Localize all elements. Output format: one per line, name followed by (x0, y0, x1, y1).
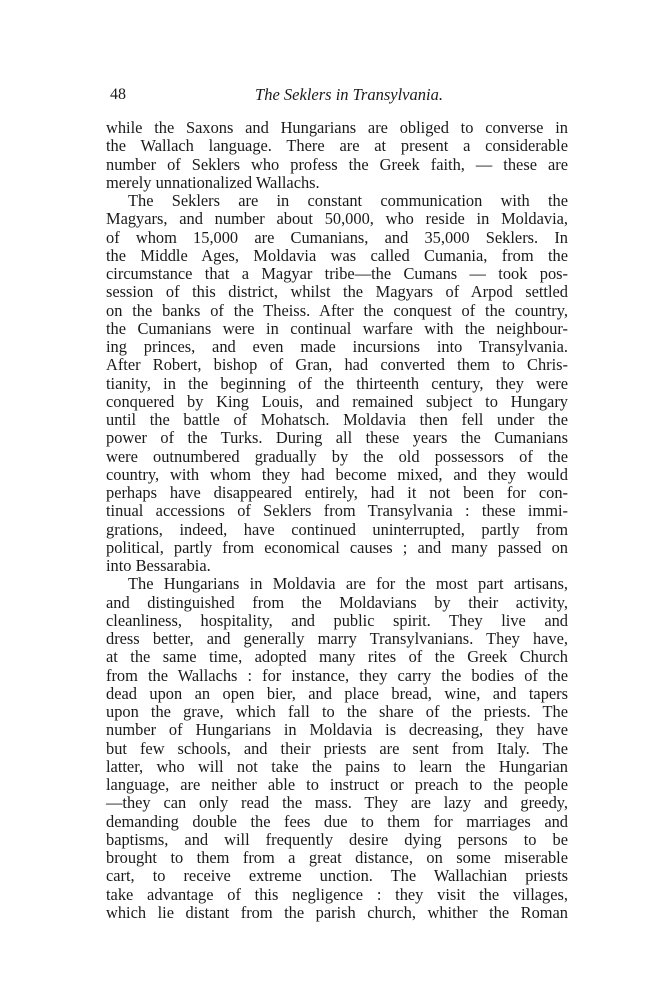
book-page: 48 The Seklers in Transylvania. while th… (106, 84, 568, 922)
text-line: until the battle of Mohatsch. Moldavia t… (106, 411, 568, 429)
text-line: at the same time, adopted many rites of … (106, 648, 568, 666)
text-line: conquered by King Louis, and remained su… (106, 393, 568, 411)
text-line: The Seklers are in constant communicatio… (106, 192, 568, 210)
text-line: dead upon an open bier, and place bread,… (106, 685, 568, 703)
text-line: which lie distant from the parish church… (106, 904, 568, 922)
paragraph-1: while the Saxons and Hungarians are obli… (106, 119, 568, 192)
text-line: the Wallach language. There are at prese… (106, 137, 568, 155)
text-line: from the Wallachs : for instance, they c… (106, 667, 568, 685)
text-line: After Robert, bishop of Gran, had conver… (106, 356, 568, 374)
text-line: while the Saxons and Hungarians are obli… (106, 119, 568, 137)
text-line: cleanliness, hospitality, and public spi… (106, 612, 568, 630)
text-line: the Cumanians were in continual warfare … (106, 320, 568, 338)
text-line: number of Hungarians in Moldavia is decr… (106, 721, 568, 739)
text-line: cart, to receive extreme unction. The Wa… (106, 867, 568, 885)
text-line: ing princes, and even made incursions in… (106, 338, 568, 356)
text-line: power of the Turks. During all these yea… (106, 429, 568, 447)
text-line: political, partly from economical causes… (106, 539, 568, 557)
text-line: but few schools, and their priests are s… (106, 740, 568, 758)
text-line: language, are neither able to instruct o… (106, 776, 568, 794)
running-title: The Seklers in Transylvania. (106, 84, 568, 106)
text-line: dress better, and generally marry Transy… (106, 630, 568, 648)
text-line: —they can only read the mass. They are l… (106, 794, 568, 812)
text-line: tinual accessions of Seklers from Transy… (106, 502, 568, 520)
text-line: tianity, in the beginning of the thirtee… (106, 375, 568, 393)
text-line: session of this district, whilst the Mag… (106, 283, 568, 301)
running-head: 48 The Seklers in Transylvania. (106, 84, 568, 106)
paragraph-2: The Seklers are in constant communicatio… (106, 192, 568, 575)
text-line: country, with whom they had become mixed… (106, 466, 568, 484)
text-line: number of Seklers who profess the Greek … (106, 156, 568, 174)
text-line: the Middle Ages, Moldavia was called Cum… (106, 247, 568, 265)
text-line: Magyars, and number about 50,000, who re… (106, 210, 568, 228)
text-line: into Bessarabia. (106, 557, 568, 575)
text-line: merely unnationalized Wallachs. (106, 174, 568, 192)
text-line: and distinguished from the Moldavians by… (106, 594, 568, 612)
text-line: on the banks of the Theiss. After the co… (106, 302, 568, 320)
text-line: take advantage of this negligence : they… (106, 886, 568, 904)
text-line: grations, indeed, have continued uninter… (106, 521, 568, 539)
text-line: demanding double the fees due to them fo… (106, 813, 568, 831)
text-line: of whom 15,000 are Cumanians, and 35,000… (106, 229, 568, 247)
text-line: latter, who will not take the pains to l… (106, 758, 568, 776)
text-line: The Hungarians in Moldavia are for the m… (106, 575, 568, 593)
text-line: circumstance that a Magyar tribe—the Cum… (106, 265, 568, 283)
text-line: upon the grave, which fall to the share … (106, 703, 568, 721)
text-line: baptisms, and will frequently desire dyi… (106, 831, 568, 849)
body-text: while the Saxons and Hungarians are obli… (106, 119, 568, 922)
text-line: were outnumbered gradually by the old po… (106, 448, 568, 466)
text-line: perhaps have disappeared entirely, had i… (106, 484, 568, 502)
text-line: brought to them from a great distance, o… (106, 849, 568, 867)
paragraph-3: The Hungarians in Moldavia are for the m… (106, 575, 568, 922)
